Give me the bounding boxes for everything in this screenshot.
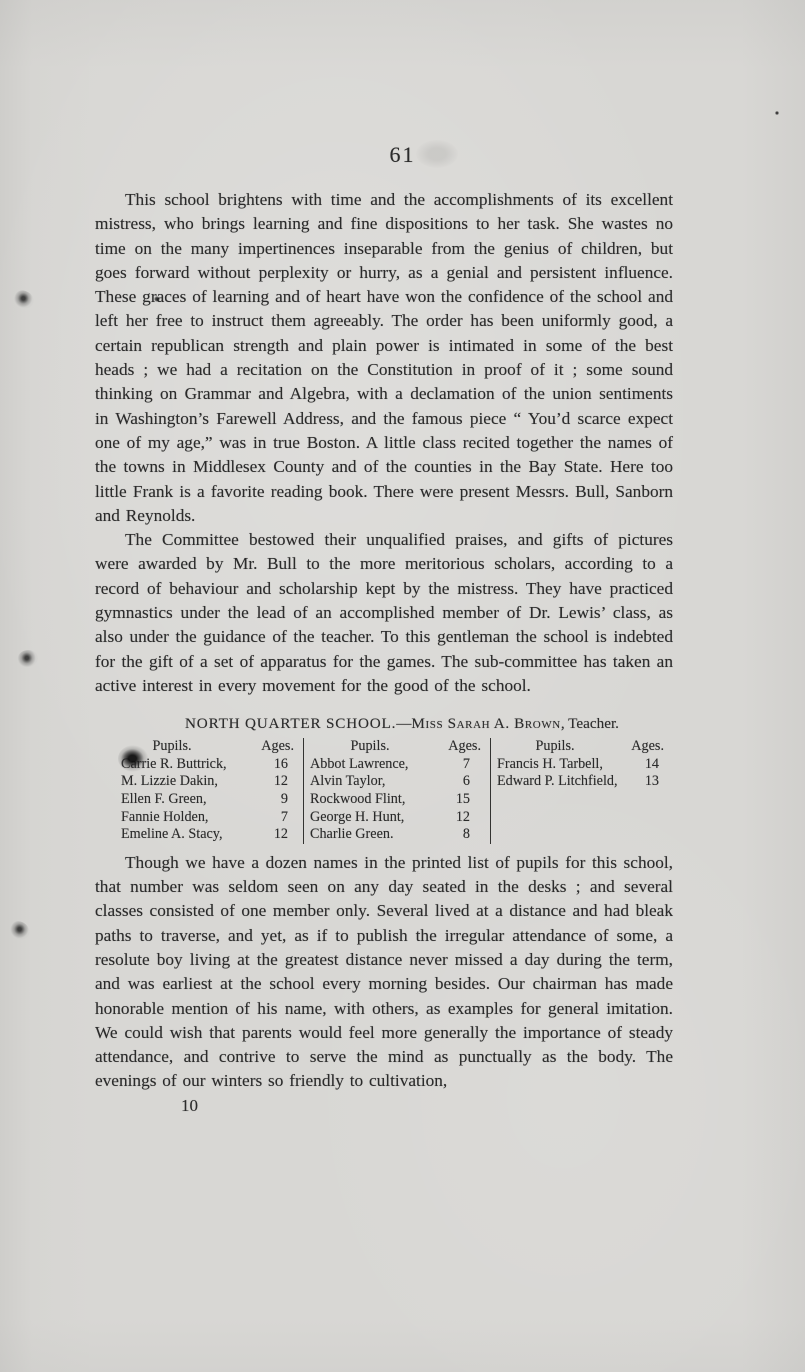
- pupil-age: 12: [249, 773, 303, 791]
- pupil-row: Rockwood Flint, 15: [304, 791, 490, 809]
- pupil-age: 6: [436, 773, 490, 791]
- pupil-row: Fannie Holden, 7: [95, 809, 303, 827]
- pupil-row: M. Lizzie Dakin, 12: [95, 773, 303, 791]
- heading-separator: —: [396, 715, 411, 732]
- paragraph-attendance: Though we have a dozen names in the prin…: [95, 851, 673, 1094]
- pupil-name: Emeline A. Stacy,: [95, 826, 249, 844]
- roster-header-row: Pupils. Ages.: [491, 738, 673, 756]
- ages-column-header: Ages.: [249, 738, 303, 756]
- pupil-row: Carrie R. Buttrick, 16: [95, 756, 303, 774]
- pupil-row: Ellen F. Green, 9: [95, 791, 303, 809]
- pupil-age: 7: [436, 756, 490, 774]
- pupil-row: Charlie Green. 8: [304, 826, 490, 844]
- scanned-page: 61 This school brightens with time and t…: [0, 0, 805, 1372]
- roster-header-row: Pupils. Ages.: [304, 738, 490, 756]
- pupil-row: Alvin Taylor, 6: [304, 773, 490, 791]
- pupil-age: 7: [249, 809, 303, 827]
- roster-column-1: Pupils. Ages. Carrie R. Buttrick, 16 M. …: [95, 738, 303, 844]
- roster-table: Pupils. Ages. Carrie R. Buttrick, 16 M. …: [95, 738, 673, 844]
- ages-column-header: Ages.: [619, 738, 673, 756]
- pupil-row: Edward P. Litchfield, 13: [491, 773, 673, 791]
- pupil-age: 13: [619, 773, 673, 791]
- paragraph-committee-praise: The Committee bestowed their unqualified…: [95, 528, 673, 698]
- pupil-name: Abbot Lawrence,: [304, 756, 436, 774]
- roster-column-3: Pupils. Ages. Francis H. Tarbell, 14 Edw…: [490, 738, 673, 844]
- pupil-name: Francis H. Tarbell,: [491, 756, 619, 774]
- pupil-name: Ellen F. Green,: [95, 791, 249, 809]
- ink-smudge-artifact: [12, 288, 37, 311]
- pupil-name: Charlie Green.: [304, 826, 436, 844]
- pupil-age: 8: [436, 826, 490, 844]
- ages-column-header: Ages.: [436, 738, 490, 756]
- pupils-column-header: Pupils.: [304, 738, 436, 756]
- pupil-name: George H. Hunt,: [304, 809, 436, 827]
- pupil-age: 14: [619, 756, 673, 774]
- ink-speck-artifact: [775, 111, 779, 115]
- pupil-age: 12: [249, 826, 303, 844]
- roster-heading: NORTH QUARTER SCHOOL.—Miss Sarah A. Brow…: [113, 715, 691, 733]
- pupil-name: M. Lizzie Dakin,: [95, 773, 249, 791]
- pupils-column-header: Pupils.: [491, 738, 619, 756]
- pupil-row: Emeline A. Stacy, 12: [95, 826, 303, 844]
- page-number: 61: [0, 142, 805, 168]
- pupil-name: Alvin Taylor,: [304, 773, 436, 791]
- school-name: NORTH QUARTER SCHOOL.: [185, 715, 396, 732]
- teacher-title: , Teacher.: [561, 715, 619, 732]
- pupils-column-header: Pupils.: [95, 738, 249, 756]
- pupil-row: George H. Hunt, 12: [304, 809, 490, 827]
- pupil-age: 9: [249, 791, 303, 809]
- paragraph-school-report: This school brightens with time and the …: [95, 188, 673, 528]
- pupil-name: Fannie Holden,: [95, 809, 249, 827]
- pupil-age: 12: [436, 809, 490, 827]
- ink-smudge-artifact: [7, 918, 33, 943]
- pupil-row: Abbot Lawrence, 7: [304, 756, 490, 774]
- pupil-row: Francis H. Tarbell, 14: [491, 756, 673, 774]
- pupil-age: 16: [249, 756, 303, 774]
- roster-header-row: Pupils. Ages.: [95, 738, 303, 756]
- text-block: This school brightens with time and the …: [95, 188, 673, 1116]
- pupil-name: Carrie R. Buttrick,: [95, 756, 249, 774]
- pupil-roster: NORTH QUARTER SCHOOL.—Miss Sarah A. Brow…: [95, 715, 673, 844]
- pupil-name: Rockwood Flint,: [304, 791, 436, 809]
- pupil-name: Edward P. Litchfield,: [491, 773, 619, 791]
- ink-smudge-artifact: [16, 648, 40, 670]
- pupil-age: 15: [436, 791, 490, 809]
- roster-column-2: Pupils. Ages. Abbot Lawrence, 7 Alvin Ta…: [303, 738, 490, 844]
- signature-mark: 10: [95, 1096, 673, 1116]
- teacher-name: Miss Sarah A. Brown: [411, 715, 560, 732]
